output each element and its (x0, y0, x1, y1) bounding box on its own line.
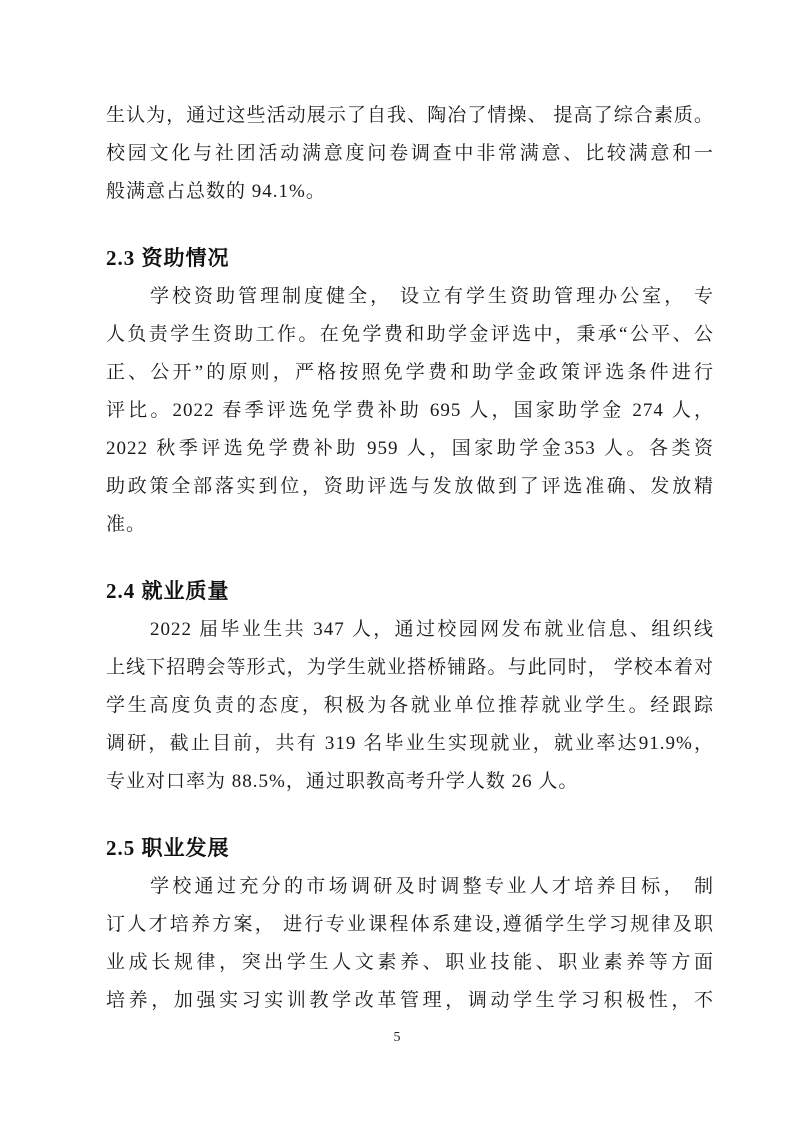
text-line: 2022 届毕业生共 347 人，通过校园网发布就业信息、组织线 (106, 611, 714, 649)
text-line: 校园文化与社团活动满意度问卷调查中非常满意、比较满意和一 (106, 135, 714, 173)
text-line: 上线下招聘会等形式，为学生就业搭桥铺路。与此同时， 学校本着对 (106, 649, 714, 687)
text-line: 准。 (106, 506, 714, 544)
text-line: 人负责学生资助工作。在免学费和助学金评选中，秉承“公平、公 (106, 316, 714, 354)
section-heading: 2.3 资助情况 (106, 238, 714, 278)
text-line: 学生高度负责的态度，积极为各就业单位推荐就业学生。经跟踪 (106, 687, 714, 725)
text-line: 学校通过充分的市场调研及时调整专业人才培养目标， 制 (106, 868, 714, 906)
text-line: 评比。2022 春季评选免学费补助 695 人，国家助学金 274 人， (106, 392, 714, 430)
text-line: 调研，截止目前，共有 319 名毕业生实现就业，就业率达91.9%， (106, 725, 714, 763)
text-line: 助政策全部落实到位，资助评选与发放做到了评选准确、发放精 (106, 468, 714, 506)
text-line: 生认为，通过这些活动展示了自我、陶冶了情操、 提高了综合素质。 (106, 97, 714, 135)
text-line: 专业对口率为 88.5%，通过职教高考升学人数 26 人。 (106, 763, 714, 801)
text-line: 正、公开”的原则，严格按照免学费和助学金政策评选条件进行 (106, 354, 714, 392)
section-heading: 2.5 职业发展 (106, 828, 714, 868)
text-line: 业成长规律，突出学生人文素养、职业技能、职业素养等方面 (106, 944, 714, 982)
document-body: 生认为，通过这些活动展示了自我、陶冶了情操、 提高了综合素质。校园文化与社团活动… (106, 0, 714, 1020)
section-heading: 2.4 就业质量 (106, 571, 714, 611)
text-line: 2022 秋季评选免学费补助 959 人，国家助学金353 人。各类资 (106, 430, 714, 468)
text-line: 学校资助管理制度健全， 设立有学生资助管理办公室， 专 (106, 278, 714, 316)
page-number: 5 (0, 1030, 794, 1046)
text-line: 般满意占总数的 94.1%。 (106, 173, 714, 211)
text-line: 订人才培养方案， 进行专业课程体系建设,遵循学生学习规律及职 (106, 906, 714, 944)
text-line: 培养，加强实习实训教学改革管理，调动学生学习积极性，不 (106, 982, 714, 1020)
document-page: 生认为，通过这些活动展示了自我、陶冶了情操、 提高了综合素质。校园文化与社团活动… (0, 0, 794, 1122)
